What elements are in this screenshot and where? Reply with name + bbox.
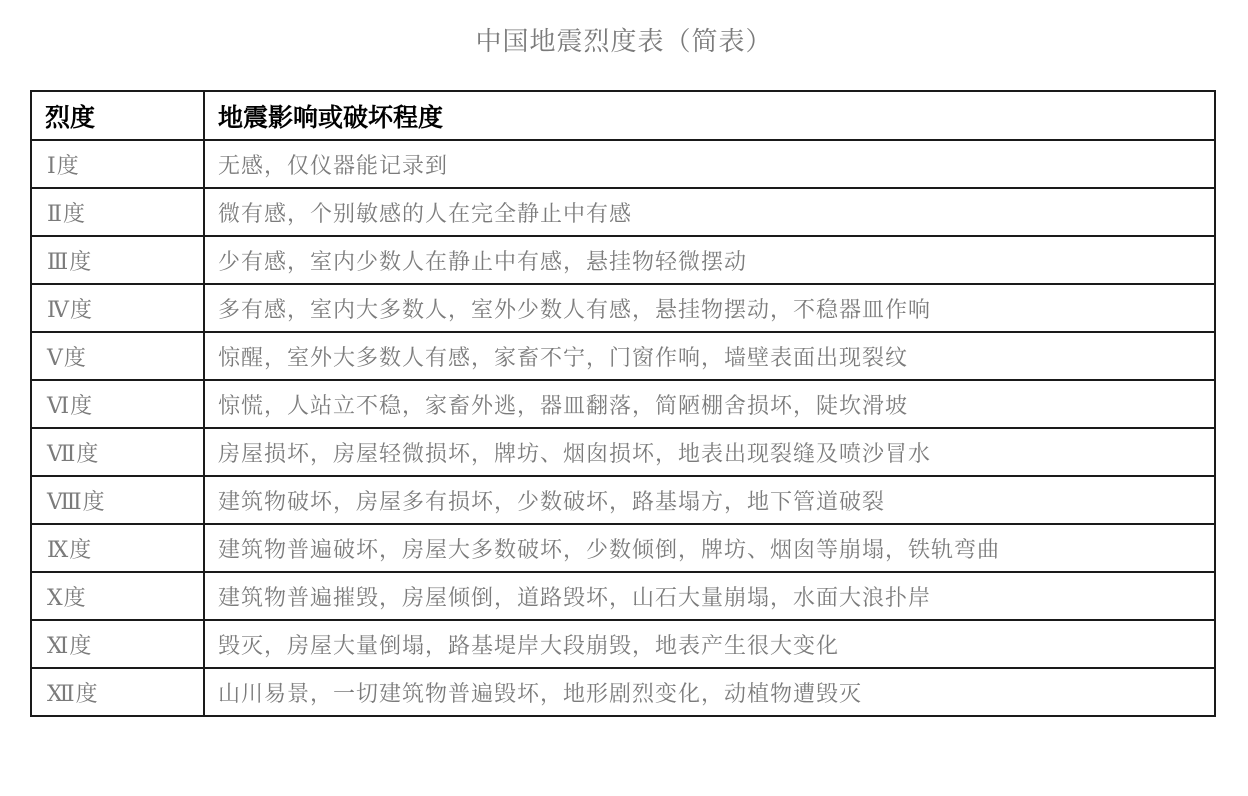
table-row: Ⅳ度 多有感，室内大多数人，室外少数人有感，悬挂物摆动，不稳器皿作响	[31, 284, 1215, 332]
table-row: Ⅲ度 少有感，室内少数人在静止中有感，悬挂物轻微摆动	[31, 236, 1215, 284]
page: 中国地震烈度表（简表） 烈度 地震影响或破坏程度 Ⅰ度 无感，仅仪器能记录到 Ⅱ…	[0, 0, 1248, 796]
intensity-cell: Ⅲ度	[31, 236, 204, 284]
table-row: Ⅹ度 建筑物普遍摧毁，房屋倾倒，道路毁坏，山石大量崩塌，水面大浪扑岸	[31, 572, 1215, 620]
intensity-table: 烈度 地震影响或破坏程度 Ⅰ度 无感，仅仪器能记录到 Ⅱ度 微有感，个别敏感的人…	[30, 90, 1216, 717]
table-row: Ⅰ度 无感，仅仪器能记录到	[31, 140, 1215, 188]
column-header-intensity: 烈度	[31, 91, 204, 140]
table-row: Ⅻ度 山川易景，一切建筑物普遍毁坏，地形剧烈变化，动植物遭毁灭	[31, 668, 1215, 716]
intensity-cell: Ⅷ度	[31, 476, 204, 524]
intensity-cell: Ⅱ度	[31, 188, 204, 236]
table-row: Ⅶ度 房屋损坏，房屋轻微损坏，牌坊、烟囱损坏，地表出现裂缝及喷沙冒水	[31, 428, 1215, 476]
page-title: 中国地震烈度表（简表）	[0, 20, 1248, 64]
column-header-effect: 地震影响或破坏程度	[204, 91, 1215, 140]
effect-cell: 房屋损坏，房屋轻微损坏，牌坊、烟囱损坏，地表出现裂缝及喷沙冒水	[204, 428, 1215, 476]
intensity-cell: Ⅹ度	[31, 572, 204, 620]
table-row: Ⅱ度 微有感，个别敏感的人在完全静止中有感	[31, 188, 1215, 236]
intensity-cell: Ⅵ度	[31, 380, 204, 428]
intensity-cell: Ⅺ度	[31, 620, 204, 668]
intensity-cell: Ⅻ度	[31, 668, 204, 716]
effect-cell: 毁灭，房屋大量倒塌，路基堤岸大段崩毁，地表产生很大变化	[204, 620, 1215, 668]
table-header-row: 烈度 地震影响或破坏程度	[31, 91, 1215, 140]
intensity-cell: Ⅳ度	[31, 284, 204, 332]
table-row: Ⅺ度 毁灭，房屋大量倒塌，路基堤岸大段崩毁，地表产生很大变化	[31, 620, 1215, 668]
effect-cell: 建筑物普遍破坏，房屋大多数破坏，少数倾倒，牌坊、烟囱等崩塌，铁轨弯曲	[204, 524, 1215, 572]
effect-cell: 山川易景，一切建筑物普遍毁坏，地形剧烈变化，动植物遭毁灭	[204, 668, 1215, 716]
effect-cell: 惊慌，人站立不稳，家畜外逃，器皿翻落，简陋棚舍损坏，陡坎滑坡	[204, 380, 1215, 428]
table-row: Ⅴ度 惊醒，室外大多数人有感，家畜不宁，门窗作响，墙壁表面出现裂纹	[31, 332, 1215, 380]
effect-cell: 微有感，个别敏感的人在完全静止中有感	[204, 188, 1215, 236]
intensity-cell: Ⅸ度	[31, 524, 204, 572]
intensity-cell: Ⅴ度	[31, 332, 204, 380]
effect-cell: 少有感，室内少数人在静止中有感，悬挂物轻微摆动	[204, 236, 1215, 284]
effect-cell: 多有感，室内大多数人，室外少数人有感，悬挂物摆动，不稳器皿作响	[204, 284, 1215, 332]
effect-cell: 建筑物破坏，房屋多有损坏，少数破坏，路基塌方，地下管道破裂	[204, 476, 1215, 524]
intensity-cell: Ⅰ度	[31, 140, 204, 188]
table-row: Ⅷ度 建筑物破坏，房屋多有损坏，少数破坏，路基塌方，地下管道破裂	[31, 476, 1215, 524]
effect-cell: 无感，仅仪器能记录到	[204, 140, 1215, 188]
effect-cell: 惊醒，室外大多数人有感，家畜不宁，门窗作响，墙壁表面出现裂纹	[204, 332, 1215, 380]
table-row: Ⅸ度 建筑物普遍破坏，房屋大多数破坏，少数倾倒，牌坊、烟囱等崩塌，铁轨弯曲	[31, 524, 1215, 572]
intensity-cell: Ⅶ度	[31, 428, 204, 476]
table-row: Ⅵ度 惊慌，人站立不稳，家畜外逃，器皿翻落，简陋棚舍损坏，陡坎滑坡	[31, 380, 1215, 428]
effect-cell: 建筑物普遍摧毁，房屋倾倒，道路毁坏，山石大量崩塌，水面大浪扑岸	[204, 572, 1215, 620]
